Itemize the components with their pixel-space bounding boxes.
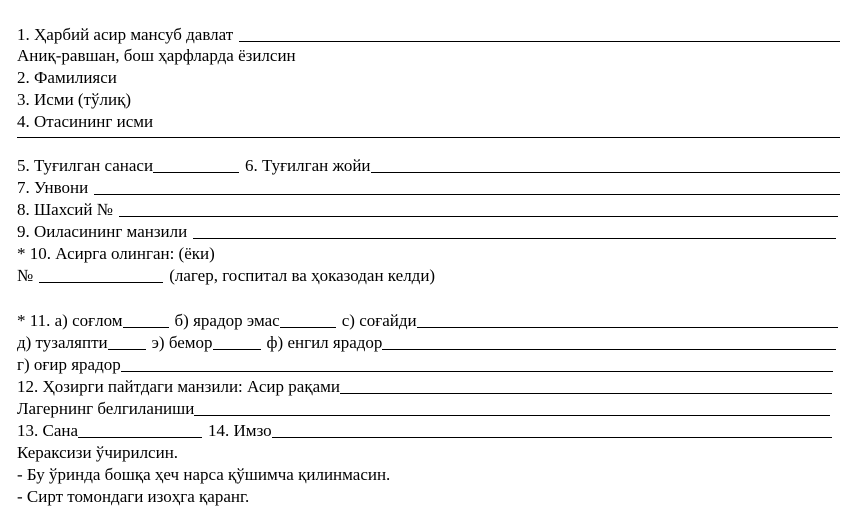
option-healthy: * 11. а) соғлом (17, 310, 123, 332)
label-patronymic: 4. Отасининг исми (17, 111, 153, 133)
input-prisoner-number[interactable] (340, 377, 832, 394)
field-camp: Лагернинг белгиланиши (17, 398, 830, 420)
input-date[interactable] (78, 421, 202, 438)
field-health-2: д) тузаляпти э) бемор ф) енгил ярадор (17, 332, 836, 354)
option-seriously-wounded: г) оғир ярадор (17, 354, 121, 376)
input-family-address[interactable] (193, 222, 836, 239)
footer-note-3: - Сирт томондаги изоҳга қаранг. (17, 486, 249, 508)
label-number-sign: № (17, 265, 33, 287)
label-birth-place: 6. Туғилган жойи (245, 155, 370, 177)
input-not-wounded[interactable] (280, 311, 336, 328)
field-current-address: 12. Ҳозирги пайтдаги манзили: Асир рақам… (17, 376, 832, 398)
field-state: 1. Ҳарбий асир мансуб давлат (17, 24, 840, 46)
field-surname: 2. Фамилияси (17, 67, 117, 89)
input-came-from[interactable] (39, 266, 163, 283)
option-lightly-wounded: ф) енгил ярадор (267, 332, 383, 354)
input-camp[interactable] (194, 399, 830, 416)
input-sick[interactable] (213, 333, 261, 350)
field-health-3: г) оғир ярадор (17, 354, 833, 376)
field-captured: * 10. Асирга олинган: (ёки) (17, 243, 215, 265)
input-state[interactable] (239, 25, 840, 42)
input-rank[interactable] (94, 178, 840, 195)
label-birth-date: 5. Туғилган санаси (17, 155, 153, 177)
label-personal-number: 8. Шахсий № (17, 199, 113, 221)
option-sick: э) бемор (152, 332, 213, 354)
label-state: 1. Ҳарбий асир мансуб давлат (17, 24, 233, 46)
label-came-from: (лагер, госпитал ва ҳоказодан келди) (169, 265, 435, 287)
label-prisoner-number: 12. Ҳозирги пайтдаги манзили: Асир рақам… (17, 376, 340, 398)
footer-note-text: - Бу ўринда бошқа ҳеч нарса қўшимча қили… (17, 464, 390, 486)
input-recovering[interactable] (108, 333, 146, 350)
label-signature: 14. Имзо (208, 420, 272, 442)
input-recovered[interactable] (417, 311, 838, 328)
field-date-signature: 13. Сана 14. Имзо (17, 420, 832, 442)
field-health-1: * 11. а) соғлом б) ярадор эмас с) соғайд… (17, 310, 838, 332)
label-captured: * 10. Асирга олинган: (ёки) (17, 243, 215, 265)
input-personal-number[interactable] (119, 200, 838, 217)
input-patronymic[interactable] (17, 137, 840, 138)
field-came-from: № (лагер, госпитал ва ҳоказодан келди) (17, 265, 435, 287)
option-not-wounded: б) ярадор эмас (175, 310, 280, 332)
footer-note-text: - Сирт томондаги изоҳга қаранг. (17, 486, 249, 508)
label-date: 13. Сана (17, 420, 78, 442)
field-birth: 5. Туғилган санаси 6. Туғилган жойи (17, 155, 840, 177)
label-surname: 2. Фамилияси (17, 67, 117, 89)
field-personal-number: 8. Шахсий № (17, 199, 838, 221)
field-name: 3. Исми (тўлиқ) (17, 89, 131, 111)
option-recovered: с) соғайди (342, 310, 417, 332)
input-birth-place[interactable] (371, 156, 840, 173)
footer-note-1: Кераксизи ўчирилсин. (17, 442, 178, 464)
footer-note-2: - Бу ўринда бошқа ҳеч нарса қўшимча қили… (17, 464, 390, 486)
field-patronymic: 4. Отасининг исми (17, 111, 153, 133)
label-rank: 7. Унвони (17, 177, 88, 199)
field-rank: 7. Унвони (17, 177, 840, 199)
label-name: 3. Исми (тўлиқ) (17, 89, 131, 111)
input-seriously-wounded[interactable] (121, 355, 833, 372)
option-recovering: д) тузаляпти (17, 332, 108, 354)
input-lightly-wounded[interactable] (382, 333, 836, 350)
input-healthy[interactable] (123, 311, 169, 328)
label-family-address: 9. Оиласининг манзили (17, 221, 187, 243)
note-capitals: Аниқ-равшан, бош ҳарфларда ёзилсин (17, 45, 296, 67)
note-capitals-text: Аниқ-равшан, бош ҳарфларда ёзилсин (17, 45, 296, 67)
footer-note-text: Кераксизи ўчирилсин. (17, 442, 178, 464)
input-signature[interactable] (272, 421, 832, 438)
field-family-address: 9. Оиласининг манзили (17, 221, 836, 243)
label-camp: Лагернинг белгиланиши (17, 398, 194, 420)
input-birth-date[interactable] (153, 156, 239, 173)
